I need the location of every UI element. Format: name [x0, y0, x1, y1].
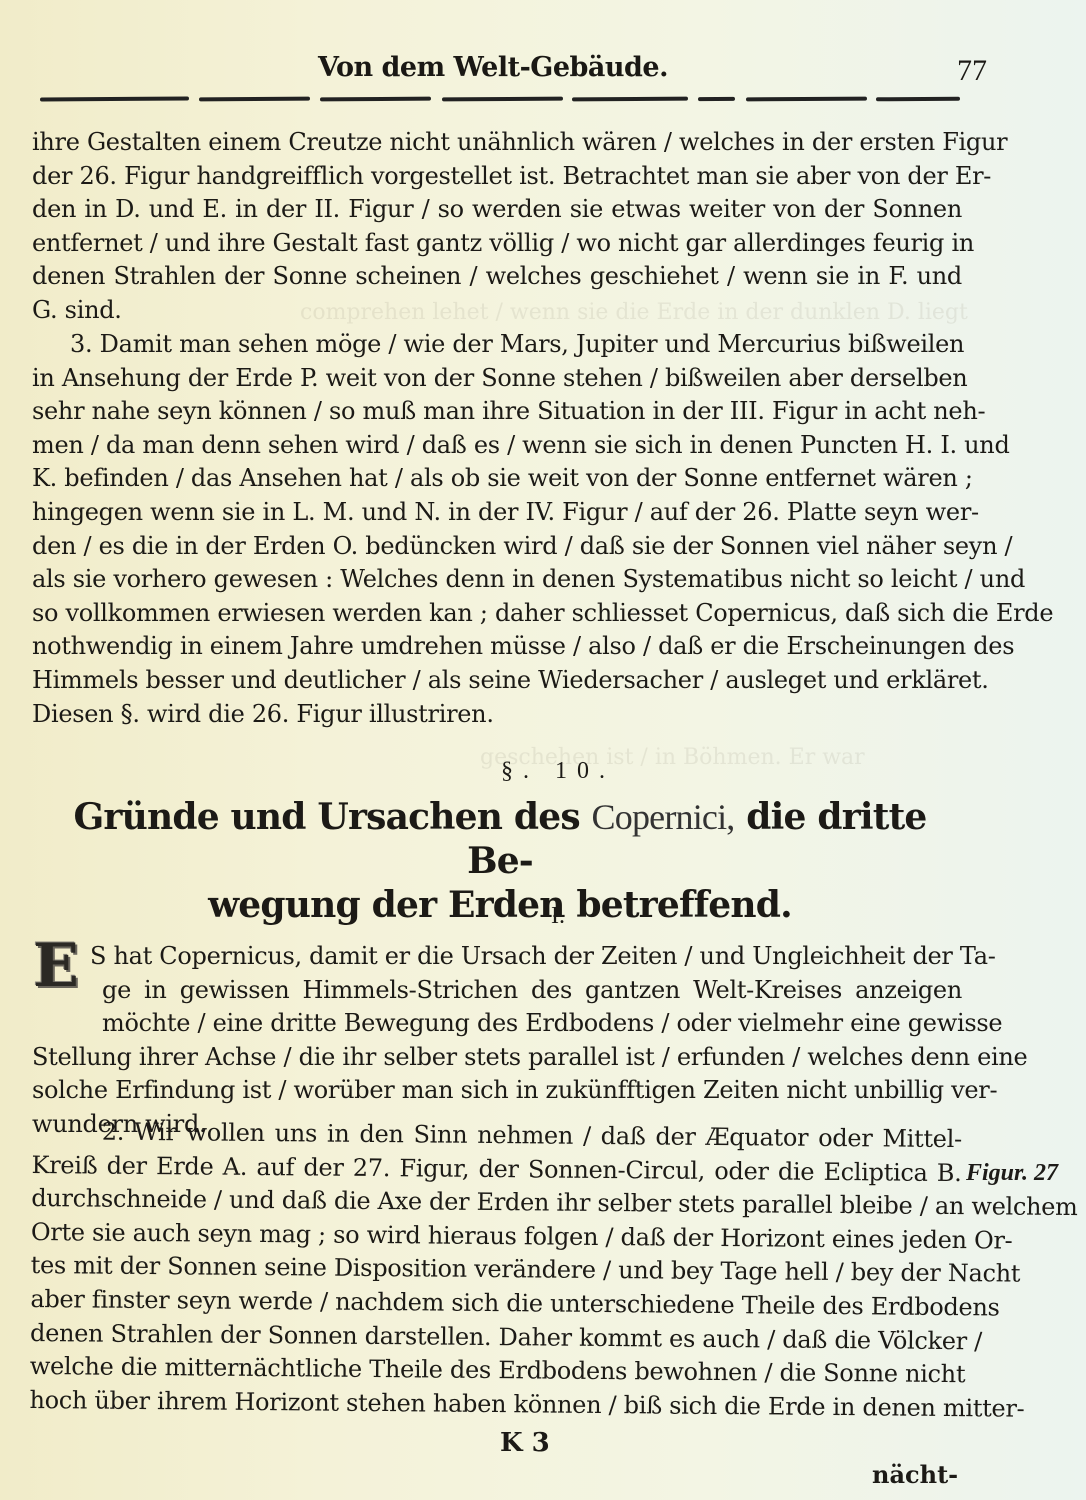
heading-line-1: Gründe und Ursachen des Copernici, die d…: [40, 795, 960, 883]
catchword: nächt-: [872, 1460, 958, 1489]
text-line: ge in gewissen Himmels-Strichen des gant…: [32, 974, 962, 1008]
text-line: Stellung ihrer Achse / die ihr selber st…: [32, 1041, 962, 1075]
running-title: Von dem Welt-Gebäude.: [318, 52, 668, 83]
text-line: hingegen wenn sie in L. M. und N. in der…: [32, 496, 962, 530]
text-line: entfernet / und ihre Gestalt fast gantz …: [32, 227, 962, 261]
text-line: ihre Gestalten einem Creutze nicht unähn…: [32, 126, 962, 160]
text-line: G. sind.: [32, 294, 962, 328]
page-number: 77: [957, 54, 987, 88]
text-line: hoch über ihrem Horizont stehen haben kö…: [29, 1384, 959, 1426]
paragraph-1: S hat Copernicus, damit er die Ursach de…: [32, 940, 962, 1142]
page-header: Von dem Welt-Gebäude. 77: [20, 50, 970, 90]
rule-segment: [698, 97, 735, 101]
text-line: in Ansehung der Erde P. weit von der Son…: [32, 362, 962, 396]
paragraph-3: 3. Damit man sehen möge / wie der Mars, …: [32, 328, 962, 731]
text-line: als sie vorhero gewesen : Welches denn i…: [32, 563, 962, 597]
signature-mark: K 3: [500, 1428, 550, 1458]
text-line: K. befinden / das Ansehen hat / als ob s…: [32, 462, 962, 496]
rule-segment: [199, 97, 310, 102]
rule-segment: [442, 97, 563, 102]
text-line: S hat Copernicus, damit er die Ursach de…: [32, 940, 962, 974]
paragraph-2: 2. Wir wollen uns in den Sinn nehmen / d…: [29, 1115, 962, 1425]
rule-segment: [572, 97, 688, 102]
text-line: Himmels besser und deutlicher / als sein…: [32, 664, 962, 698]
text-line: den in D. und E. in der II. Figur / so w…: [32, 193, 962, 227]
rule-segment: [320, 97, 431, 102]
book-page: comprehen lehet / wenn sie die Erde in d…: [0, 0, 1086, 1500]
text-line: denen Strahlen der Sonne scheinen / welc…: [32, 260, 962, 294]
header-rule: [40, 97, 960, 105]
continuation-paragraph: ihre Gestalten einem Creutze nicht unähn…: [32, 126, 962, 328]
rule-segment: [876, 97, 960, 102]
text-line: den / es die in der Erden O. bedüncken w…: [32, 530, 962, 564]
text-line: men / da man denn sehen wird / daß es / …: [32, 429, 962, 463]
text-line: möchte / eine dritte Bewegung des Erdbod…: [32, 1007, 962, 1041]
rule-segment: [746, 97, 867, 102]
text-line: so vollkommen erwiesen werden kan ; dahe…: [32, 597, 962, 631]
paragraph-number: I.: [0, 903, 1086, 930]
text-line: der 26. Figur handgreifflich vorgestelle…: [32, 160, 962, 194]
text-line: Diesen §. wird die 26. Figur illustriren…: [32, 698, 962, 732]
heading-latin-text: Copernici,: [592, 797, 735, 837]
text-line: 3. Damit man sehen möge / wie der Mars, …: [32, 328, 962, 362]
text-line: solche Erfindung ist / worüber man sich …: [32, 1074, 962, 1108]
text-line: nothwendig in einem Jahre umdrehen müsse…: [32, 630, 962, 664]
text-line: sehr nahe seyn können / so muß man ihre …: [32, 395, 962, 429]
section-number: §. 10.: [0, 758, 1086, 785]
rule-segment: [40, 96, 189, 101]
margin-note-figure-ref: Figur. 27: [966, 1160, 1058, 1187]
heading-text: Gründe und Ursachen des: [73, 796, 579, 838]
